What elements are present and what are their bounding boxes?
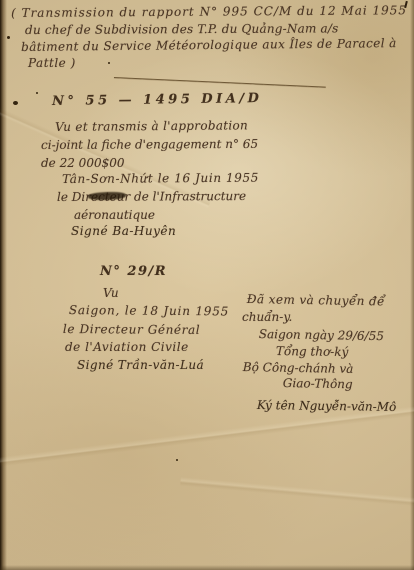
fiche-engagement-line: ci-joint la fiche d'engagement n° 65 [41, 137, 258, 152]
ink-speck [13, 101, 18, 105]
bo-cong-chanh-line: Bộ Công-chánh và [243, 360, 354, 376]
paper-crease [180, 477, 414, 512]
date-line-saigon: Saigon, le 18 Juin 1955 [69, 303, 229, 318]
ink-speck [7, 36, 10, 39]
document-ref-55: N° 55 — 1495 DIA/D [52, 92, 262, 109]
transmission-note-line: Pattle ) [28, 56, 76, 70]
chuan-y-line: chuẩn-y. [242, 310, 292, 324]
ink-speck [108, 62, 110, 64]
ky-ten-nguyen-van-mo: Ký tên Nguyễn-văn-Mô [257, 398, 397, 414]
aviation-civile-line: de l'Aviation Civile [65, 340, 189, 354]
transmission-note-line: bâtiment du Service Météorologique aux Î… [21, 36, 397, 54]
ink-speck [176, 459, 178, 461]
da-xem-line: Đã xem và chuyển để [247, 292, 385, 308]
director-general-line: le Directeur Général [63, 322, 200, 337]
ink-divider-line [114, 77, 326, 88]
ink-speck [404, 1, 408, 8]
vu-line: Vu [103, 286, 119, 300]
director-infrastructure-line: le Directeur de l'Infrastructure [57, 189, 246, 204]
page-right-edge-shadow [410, 0, 414, 570]
signature-ba-huyen: Signé Ba-Huyên [71, 224, 176, 238]
giao-thong-line: Giao-Thông [283, 376, 353, 391]
scanned-document-page: ( Transmission du rapport N° 995 CC/M du… [0, 0, 414, 570]
date-line-tansonnhut: Tân-Sơn-Nhứt le 16 Juin 1955 [62, 171, 259, 186]
amount-line: de 22 000$00 [41, 156, 125, 170]
date-line-29-6-55: Saigon ngày 29/6/55 [259, 327, 384, 343]
signature-tran-van-lua: Signé Trần-văn-Luá [77, 358, 204, 372]
page-bottom-edge-shadow [0, 565, 414, 570]
transmission-note-line: ( Transmission du rapport N° 995 CC/M du… [11, 3, 407, 20]
page-left-edge-shadow [0, 0, 7, 570]
tong-tho-ky-line: Tổng thơ-ký [276, 344, 349, 359]
document-ref-29: N° 29/R [100, 265, 167, 279]
vu-transmis-line: Vu et transmis à l'approbation [55, 118, 248, 134]
aeronautique-line: aéronautique [74, 208, 155, 222]
ink-speck [36, 92, 38, 94]
transmission-note-line: du chef de Subdivision des T.P. du Quảng… [25, 21, 339, 37]
